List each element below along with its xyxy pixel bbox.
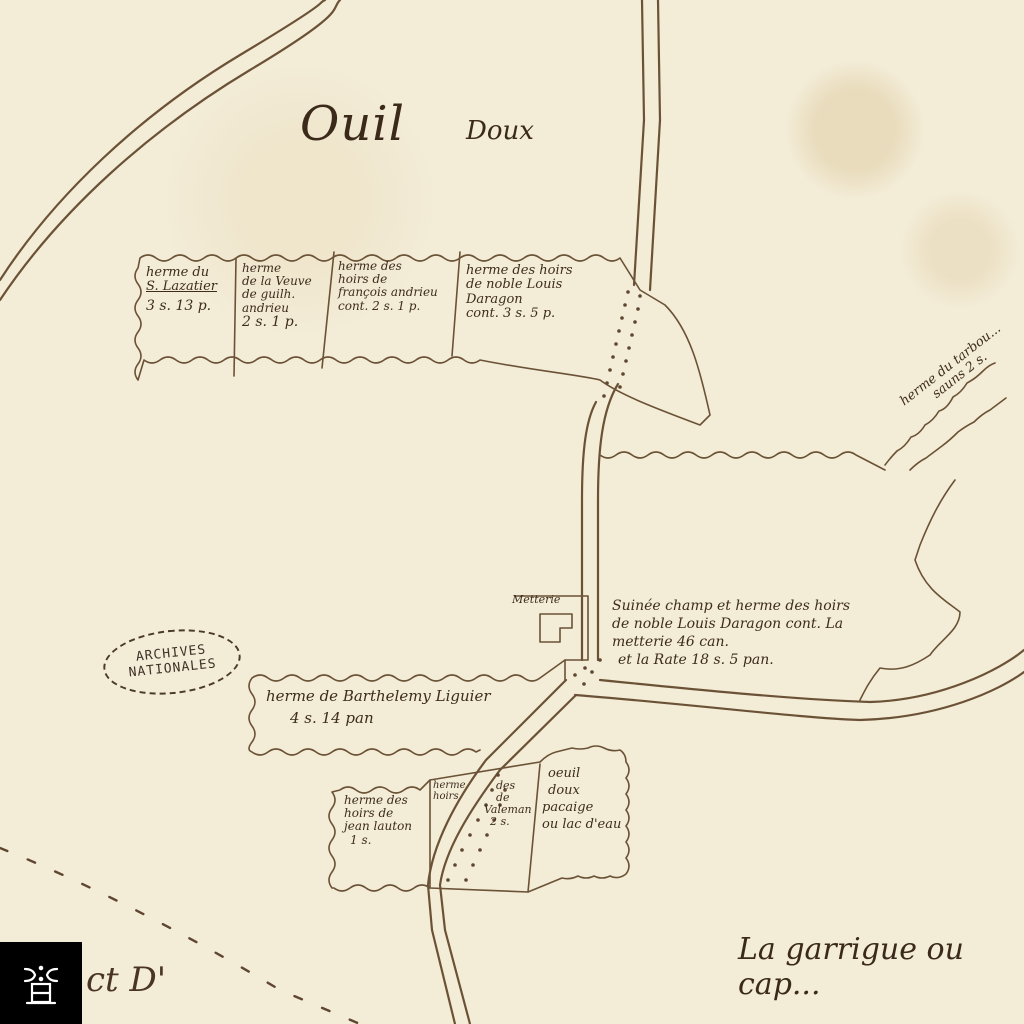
road-main-vertical-right [650, 0, 660, 290]
parcel-label-veuve-andrieu: herme de la Veuve de guilh. andrieu 2 s.… [242, 262, 312, 330]
parcel-label-francois-andrieu: herme des hoirs de françois andrieu cont… [338, 260, 438, 313]
parcel-label-valeman: des de Valeman 2 s. [484, 780, 532, 828]
metterie-description: Suinée champ et herme des hoirs de noble… [612, 598, 850, 670]
parcel-label-lazatier: herme du S. Lazatier 3 s. 13 p. [146, 266, 217, 314]
road-curved-northwest-edge [0, 0, 325, 280]
metterie-box [515, 596, 588, 680]
parcel-divider-2 [322, 252, 334, 368]
lighthouse-icon [19, 959, 63, 1007]
road-main-vertical-left [634, 0, 644, 285]
parcel-label-louis-daragon: herme des hoirs de noble Louis Daragon c… [466, 264, 573, 321]
parcel-label-barthelemy: herme de Barthelemy Liguier 4 s. 14 pan [266, 686, 491, 730]
label-la-garrigue: La garrigue ou cap... [738, 932, 1024, 1002]
parcel-divider-3 [452, 252, 460, 356]
map-title-suffix: Doux [466, 116, 534, 146]
road-east-lower [575, 672, 1024, 720]
label-bottom-left-partial: ct D' [86, 960, 166, 1000]
road-lower-vertical-left [582, 402, 596, 660]
road-southwest-right [440, 695, 576, 1024]
map-drawing [0, 0, 1024, 1024]
parcel-label-jean-lauton: herme des hoirs de jean lauton 1 s. [344, 794, 412, 847]
map-title: Ouil [300, 96, 405, 152]
archive-logo[interactable] [0, 942, 82, 1024]
parcel-label-oeuil-doux: oeuil doux pacaige ou lac d'eau [542, 766, 621, 834]
metterie-label: Metterie [512, 594, 560, 606]
parcel-label-hoirs: herme hoirs [433, 780, 466, 802]
road-curved-northwest [0, 0, 340, 300]
metterie-building [540, 614, 572, 642]
road-dotted-section [602, 290, 642, 398]
